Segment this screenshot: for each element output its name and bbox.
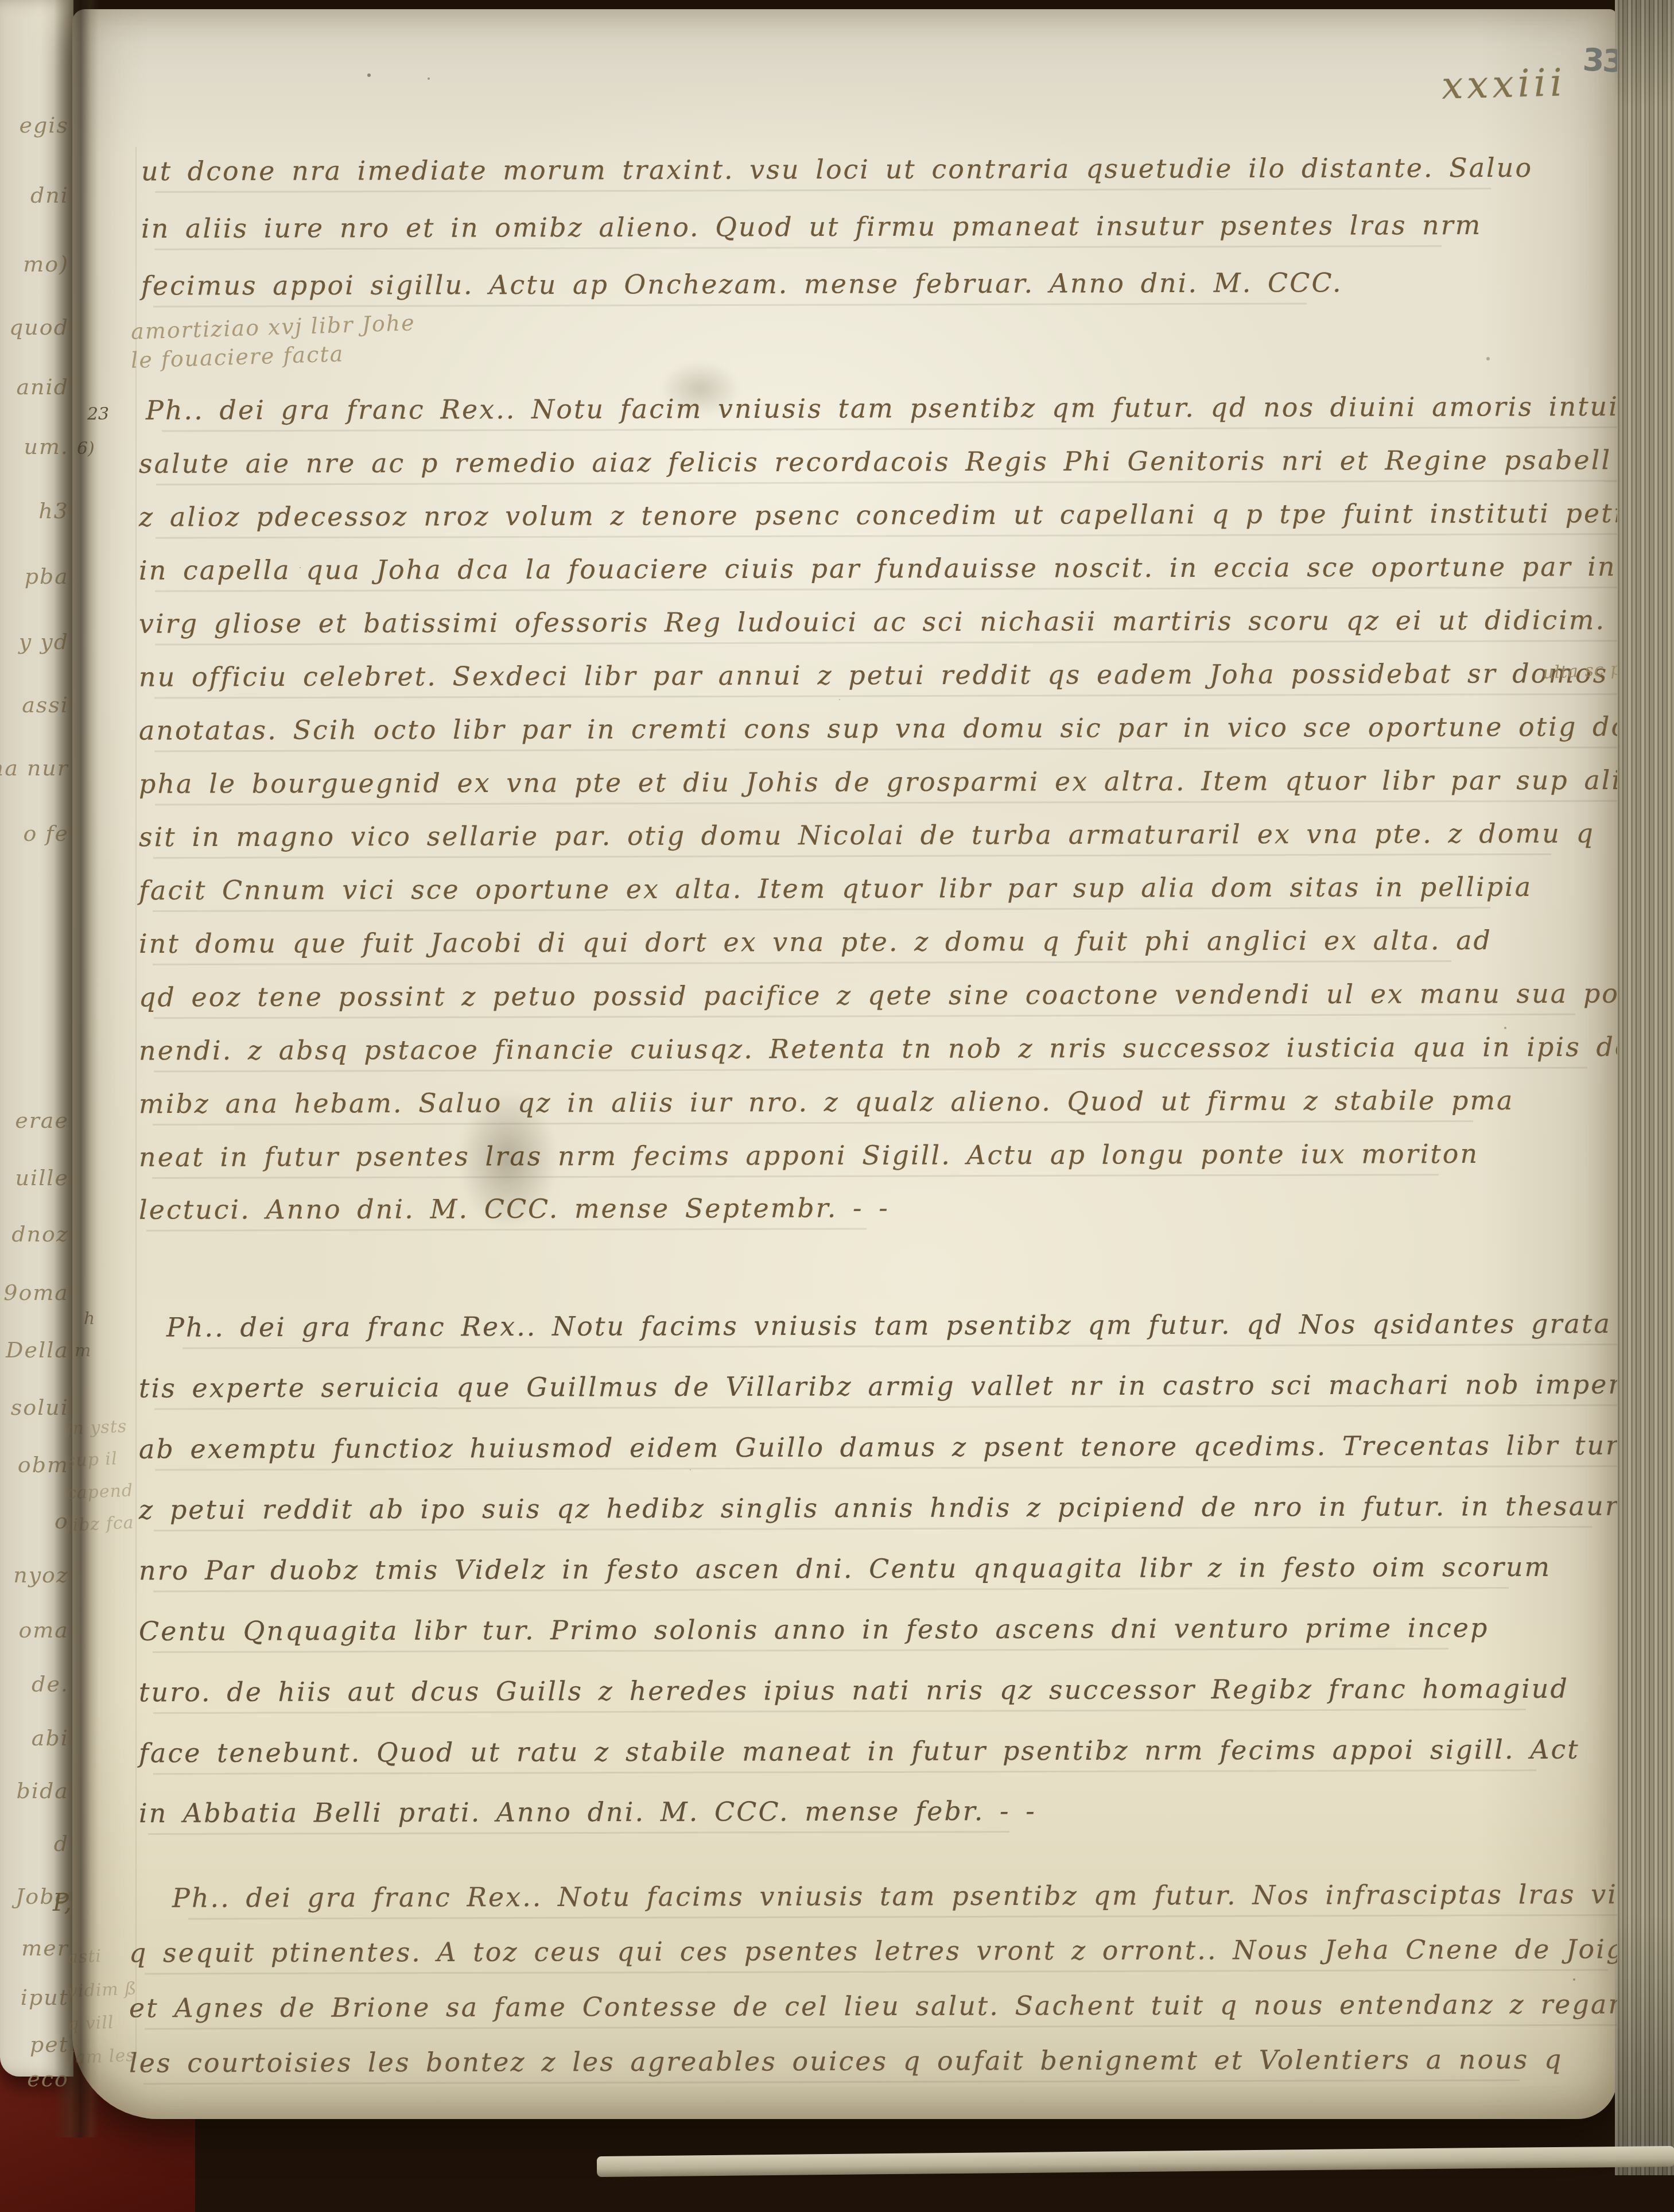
gutter-mark: 6) — [77, 438, 95, 459]
margin-note-line: amortiziao xvj libr Johe — [130, 310, 415, 344]
manuscript-line: q sequit ptinentes. A toz ceus qui ces p… — [129, 1936, 1617, 1966]
manuscript-line: qd eoz tene possint z petuo possid pacif… — [139, 980, 1617, 1011]
manuscript-line: ut dcone nra imediate morum traxint. vsu… — [141, 154, 1533, 184]
manuscript-line: nendi. z absq pstacoe financie cuiusqz. … — [139, 1034, 1617, 1064]
page-content-area: 33 xxxiii ut dcone nra imediate morum tr… — [72, 9, 1617, 2119]
manuscript-line: mibz ana hebam. Saluo qz in aliis iur nr… — [139, 1087, 1514, 1117]
ink-folio-numeral: xxxiii — [1441, 60, 1567, 108]
paragraph-4: Ph.. dei gra franc Rex.. Notu facims vni… — [72, 9, 1617, 2119]
under-page-edge — [597, 2146, 1674, 2177]
manuscript-photo: egisdnimo)quodanidum.h3pbay ydassima nur… — [0, 0, 1674, 2212]
manuscript-line: ab exemptu functioz huiusmod eidem Guill… — [139, 1431, 1617, 1462]
book-fore-edge — [1615, 0, 1674, 2175]
gutter-mark: 23 — [87, 404, 109, 424]
manuscript-line: z alioz pdecessoz nroz volum z tenore ps… — [139, 499, 1617, 530]
ink-specks — [367, 73, 371, 77]
manuscript-line: turo. de hiis aut dcus Guills z heredes … — [139, 1675, 1569, 1706]
manuscript-line: Ph.. dei gra franc Rex.. Notu facims vni… — [166, 1310, 1617, 1340]
paragraph-3: Ph.. dei gra franc Rex.. Notu facims vni… — [72, 9, 1617, 2119]
gutter-mark: h — [84, 1309, 95, 1329]
manuscript-line: in capella qua Joha dca la fouaciere ciu… — [139, 553, 1617, 583]
manuscript-line: anotatas. Scih octo libr par in cremti c… — [139, 713, 1617, 743]
manuscript-line: Ph.. dei gra franc Rex.. Notu facims vni… — [172, 1880, 1617, 1911]
manuscript-line: pha le bourguegnid ex vna pte et diu Joh… — [139, 766, 1617, 797]
manuscript-line: sit in magno vico sellarie par. otig dom… — [139, 820, 1595, 851]
manuscript-line: face tenebunt. Quod ut ratu z stabile ma… — [139, 1736, 1580, 1767]
ink-smudge — [459, 1091, 557, 1228]
manuscript-line: nro Par duobz tmis Videlz in festo ascen… — [139, 1554, 1551, 1584]
header-margin-note: amortiziao xvj libr Johele fouaciere fac… — [72, 9, 1617, 2119]
manuscript-line: salute aie nre ac p remedio aiaz felicis… — [139, 446, 1617, 477]
facing-page-strip — [0, 0, 73, 2077]
manuscript-line: nu officiu celebret. Sexdeci libr par an… — [139, 659, 1617, 690]
manuscript-line: facit Cnnum vici sce oportune ex alta. I… — [139, 874, 1532, 903]
gutter-mark: P, — [53, 1888, 72, 1916]
manuscript-line: les courtoisies les bontez z les agreabl… — [129, 2046, 1563, 2077]
margin-ruling-line — [135, 147, 137, 2058]
gutter-mark: m — [75, 1341, 91, 1361]
manuscript-line: in Abbatia Belli prati. Anno dni. M. CCC… — [139, 1798, 1036, 1826]
right-margin-note: ulta sc ptrar — [1542, 657, 1617, 683]
pencil-folio-number: 33 — [1582, 41, 1617, 80]
paragraph-1: ut dcone nra imediate morum traxint. vsu… — [72, 9, 1617, 2119]
manuscript-line: Centu Qnquagita libr tur. Primo solonis … — [139, 1615, 1489, 1644]
manuscript-line: fecimus appoi sigillu. Actu ap Onchezam.… — [141, 269, 1343, 298]
manuscript-line: virg gliose et batissimi ofessoris Reg l… — [139, 606, 1617, 637]
margin-note-line: le fouaciere facta — [130, 341, 344, 373]
ink-smudge — [660, 362, 740, 416]
manuscript-line: in aliis iure nro et in omibz alieno. Qu… — [141, 212, 1482, 242]
manuscript-line: tis experte seruicia que Guillmus de Vil… — [139, 1371, 1617, 1402]
manuscript-line: Ph.. dei gra franc Rex.. Notu facim vniu… — [146, 393, 1617, 423]
manuscript-line: neat in futur psentes lras nrm fecims ap… — [139, 1140, 1479, 1170]
paragraph-2: Ph.. dei gra franc Rex.. Notu facim vniu… — [72, 9, 1617, 2119]
manuscript-line: et Agnes de Brione sa fame Contesse de c… — [129, 1990, 1617, 2021]
manuscript-line: z petui reddit ab ipo suis qz hedibz sin… — [139, 1493, 1617, 1523]
manuscript-line: int domu que fuit Jacobi di qui dort ex … — [139, 927, 1492, 957]
